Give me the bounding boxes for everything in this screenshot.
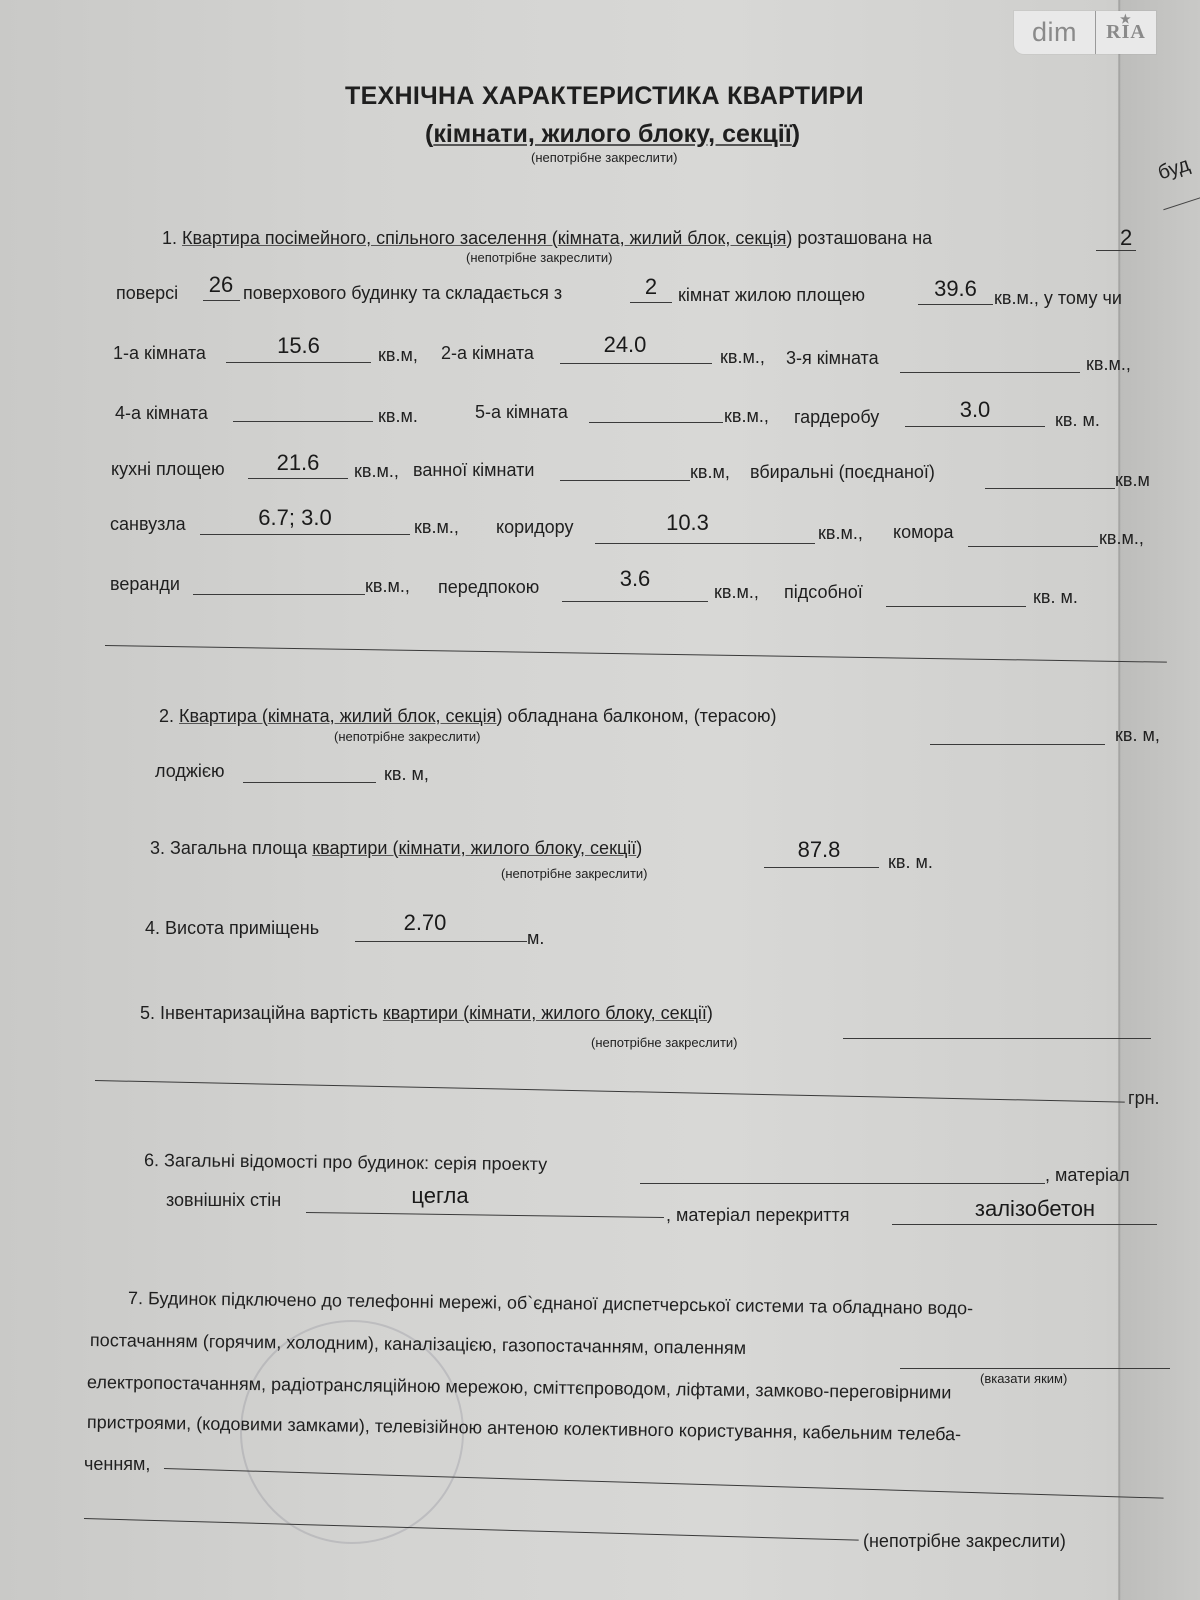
veranda-unit: кв.м., [365,576,410,597]
rooms-value: 2 [636,274,666,300]
wall-material-blank [306,1212,664,1218]
project-series-blank [640,1183,1045,1184]
height-blank [355,941,527,942]
total-area-blank [764,867,879,868]
rooms-blank [630,302,672,303]
wc-blank [200,534,410,535]
extra-blank-line [84,1518,859,1541]
underlined-text: Квартира ( [179,706,268,726]
text: Загальна площа [170,838,307,858]
veranda-label: веранди [110,574,180,595]
hallway-label: передпокою [438,577,539,598]
section2-intro: 2. Квартира (кімната, жилий блок, секція… [159,706,776,727]
bathroom-blank [560,480,690,481]
total-area-value: 87.8 [764,837,874,863]
text: ) розташована на [786,228,932,248]
strike-note: (непотрібне закреслити) [531,150,678,165]
height-value: 2.70 [375,910,475,936]
utility-label: підсобної [784,582,863,603]
inventory-value-blank-2 [95,1080,1125,1103]
hallway-blank [562,601,708,602]
room5-label: 5-а кімната [475,402,568,423]
toilet-blank [985,488,1115,489]
section7-line3: електропостачанням, радіотрансляційною м… [87,1372,952,1404]
wardrobe-value: 3.0 [905,397,1045,423]
floor-value: 2 [1120,225,1132,251]
kitchen-unit: кв.м., [354,461,399,482]
room3-blank [900,372,1080,373]
wc-value: 6.7; 3.0 [210,505,380,531]
corridor-label: коридору [496,517,573,538]
hallway-value: 3.6 [580,566,690,592]
strike-note: (непотрібне закреслити) [591,1035,738,1050]
struck-text: кімнати, жилого блоку, секції [469,1003,707,1023]
heating-blank [900,1368,1170,1369]
balcony-blank [930,744,1105,745]
room2-blank [560,363,712,364]
room1-label: 1-а кімната [113,343,206,364]
underlined-text: квартири ( [312,838,398,858]
wc-label: санвузла [110,514,186,535]
dim-ria-watermark: dim ★ RIA [1014,11,1156,54]
page-subtitle: (кімнати, жилого блоку, секції) [425,120,800,149]
strike-note: (непотрібне закреслити) [334,729,481,744]
bathroom-unit: кв.м, [690,462,730,483]
total-floors-blank [203,300,240,301]
kitchen-blank [248,478,348,479]
floor-material-blank [892,1224,1157,1225]
storage-blank [968,546,1098,547]
floor-material-value: залізобетон [935,1196,1135,1222]
section7-line5: ченням, [84,1454,150,1475]
section-number: 4. [145,918,160,938]
text: Висота приміщень [165,918,319,938]
section1-intro: 1. Квартира посімейного, спільного засел… [162,228,932,249]
section3-intro: 3. Загальна площа квартири (кімнати, жил… [150,838,642,859]
loggia-unit: кв. м, [384,764,429,785]
rooms-label: кімнат жилою площею [678,285,865,306]
living-area-value: 39.6 [918,276,993,302]
section-number: 1. [162,228,177,248]
room3-label: 3-я кімната [786,348,879,369]
struck-subtitle: кімнати, жилого блоку, секції [433,120,791,148]
section-number: 5. [140,1003,155,1023]
heating-note: (вказати яким) [980,1371,1067,1386]
utility-blank [886,606,1026,607]
wall-material-label-b: зовнішніх стін [166,1190,281,1211]
section1-separator [105,645,1167,663]
watermark-ria: ★ RIA [1096,21,1156,44]
room1-blank [226,362,371,363]
kitchen-value: 21.6 [248,450,348,476]
underlined-text: квартири ( [383,1003,469,1023]
loggia-label: лоджією [155,761,225,782]
section7-line2: постачанням (горячим, холодним), каналіз… [90,1330,746,1359]
section-number: 3. [150,838,165,858]
loggia-blank [243,782,376,783]
living-area-unit: кв.м., у тому чи [994,288,1122,309]
section7-line1: 7. Будинок підключено до телефонні мереж… [128,1288,973,1319]
section-number: 6. [144,1150,159,1170]
inventory-value-blank-1 [843,1038,1151,1039]
wall-material-label-a: , матеріал [1045,1165,1130,1186]
struck-text: кімнати, жилого блоку, секції [398,838,636,858]
section5-intro: 5. Інвентаризаційна вартість квартири (к… [140,1003,713,1024]
text: ) обладнана балконом, (терасою) [496,706,776,726]
section6-intro: 6. Загальні відомості про будинок: серія… [144,1150,547,1175]
kitchen-label: кухні площею [111,459,225,480]
wc-unit: кв.м., [414,517,459,538]
room2-label: 2-а кімната [441,343,534,364]
strike-note: (непотрібне закреслити) [466,250,613,265]
height-unit: м. [527,928,544,949]
text: Інвентаризаційна вартість [160,1003,378,1023]
wardrobe-label: гардеробу [794,407,879,428]
paren: ) [636,838,642,858]
total-floors-label: поверхового будинку та складається з [243,283,562,304]
room5-unit: кв.м., [724,406,769,427]
inventory-value-unit: грн. [1128,1088,1160,1109]
paren: ) [792,120,800,148]
room4-blank [233,421,373,422]
underlined-text: Квартира посімейного, спільного заселенн… [182,228,558,248]
hallway-unit: кв.м., [714,582,759,603]
total-area-unit: кв. м. [888,852,933,873]
room2-value: 24.0 [560,332,690,358]
room4-unit: кв.м. [378,406,418,427]
floor-material-label: , матеріал перекриття [666,1205,850,1226]
star-icon: ★ [1120,12,1132,27]
storage-unit: кв.м., [1099,528,1144,549]
toilet-label: вбиральні (поєднаної) [750,462,935,483]
section-number: 2. [159,706,174,726]
corridor-value: 10.3 [595,510,780,536]
total-floors-value: 26 [205,272,237,298]
room5-blank [589,422,723,423]
room1-unit: кв.м, [378,345,418,366]
utility-unit: кв. м. [1033,587,1078,608]
strike-note: (непотрібне закреслити) [501,866,648,881]
wardrobe-blank [905,426,1045,427]
corridor-unit: кв.м., [818,523,863,544]
struck-text: кімната, жилий блок, секція [558,228,787,248]
balcony-unit: кв. м, [1115,725,1160,746]
adjacent-page [1121,0,1200,1600]
room4-label: 4-а кімната [115,403,208,424]
paren: ) [707,1003,713,1023]
closing-strike-note: (непотрібне закреслити) [863,1531,1066,1552]
watermark-dim: dim [1014,17,1095,48]
section4-label: 4. Висота приміщень [145,918,319,939]
floor-label: поверсі [116,283,178,304]
page-title: ТЕХНІЧНА ХАРАКТЕРИСТИКА КВАРТИРИ [345,82,864,111]
struck-text: кімната, жилий блок, секція [268,706,497,726]
wardrobe-unit: кв. м. [1055,410,1100,431]
bathroom-label: ванної кімнати [413,460,534,481]
toilet-unit: кв.м [1115,470,1150,491]
room1-value: 15.6 [226,333,371,359]
text: Загальні відомості про будинок: серія пр… [164,1150,547,1174]
room2-unit: кв.м., [720,347,765,368]
storage-label: комора [893,522,954,543]
veranda-blank [193,594,365,595]
corridor-blank [595,543,815,544]
section7-line4: пристроями, (кодовими замками), телевізі… [87,1412,961,1445]
room3-unit: кв.м., [1086,354,1131,375]
wall-material-value: цегла [370,1183,510,1209]
living-area-blank [918,304,993,305]
